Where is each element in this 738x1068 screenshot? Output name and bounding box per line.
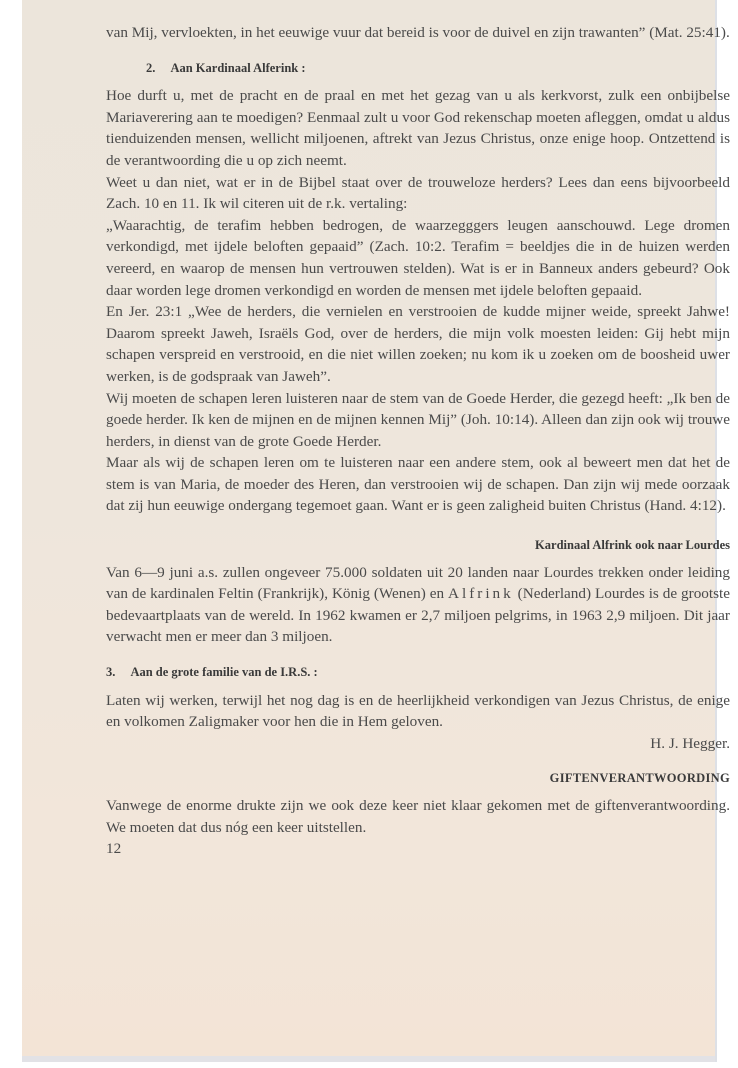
section-2-paragraph: Hoe durft u, met de pracht en de praal e… (106, 85, 730, 171)
section-2-paragraph: Wij moeten de schapen leren luisteren na… (106, 388, 730, 453)
giften-paragraph: Vanwege de enorme drukte zijn we ook dez… (106, 795, 730, 838)
lourdes-heading: Kardinaal Alfrink ook naar Lourdes (106, 535, 730, 557)
section-2-title: Aan Kardinaal Alferink : (170, 61, 305, 75)
section-3-title: Aan de grote familie van de I.R.S. : (130, 665, 317, 679)
section-2-paragraph: En Jer. 23:1 „Wee de herders, die vernie… (106, 301, 730, 387)
giften-heading: GIFTENVERANTWOORDING (106, 768, 730, 790)
section-3-heading: 3. Aan de grote familie van de I.R.S. : (106, 662, 730, 684)
page-content: van Mij, vervloekten, in het eeuwige vuu… (106, 22, 730, 860)
lourdes-spaced-name: Alfrink (448, 585, 514, 602)
signature: H. J. Hegger. (106, 733, 730, 755)
section-2-paragraph: „Waarachtig, de terafim hebben bedrogen,… (106, 215, 730, 301)
document-page: van Mij, vervloekten, in het eeuwige vuu… (22, 0, 717, 1062)
lourdes-paragraph: Van 6—9 juni a.s. zullen ongeveer 75.000… (106, 562, 730, 648)
page-number: 12 (106, 838, 730, 860)
section-3-number: 3. (106, 662, 128, 684)
section-3-paragraph: Laten wij werken, terwijl het nog dag is… (106, 690, 730, 733)
section-2-heading: 2. Aan Kardinaal Alferink : (106, 58, 730, 80)
section-2-paragraph: Weet u dan niet, wat er in de Bijbel sta… (106, 172, 730, 215)
section-2-number: 2. (146, 58, 168, 80)
intro-paragraph: van Mij, vervloekten, in het eeuwige vuu… (106, 22, 730, 44)
section-2-paragraph: Maar als wij de schapen leren om te luis… (106, 452, 730, 517)
